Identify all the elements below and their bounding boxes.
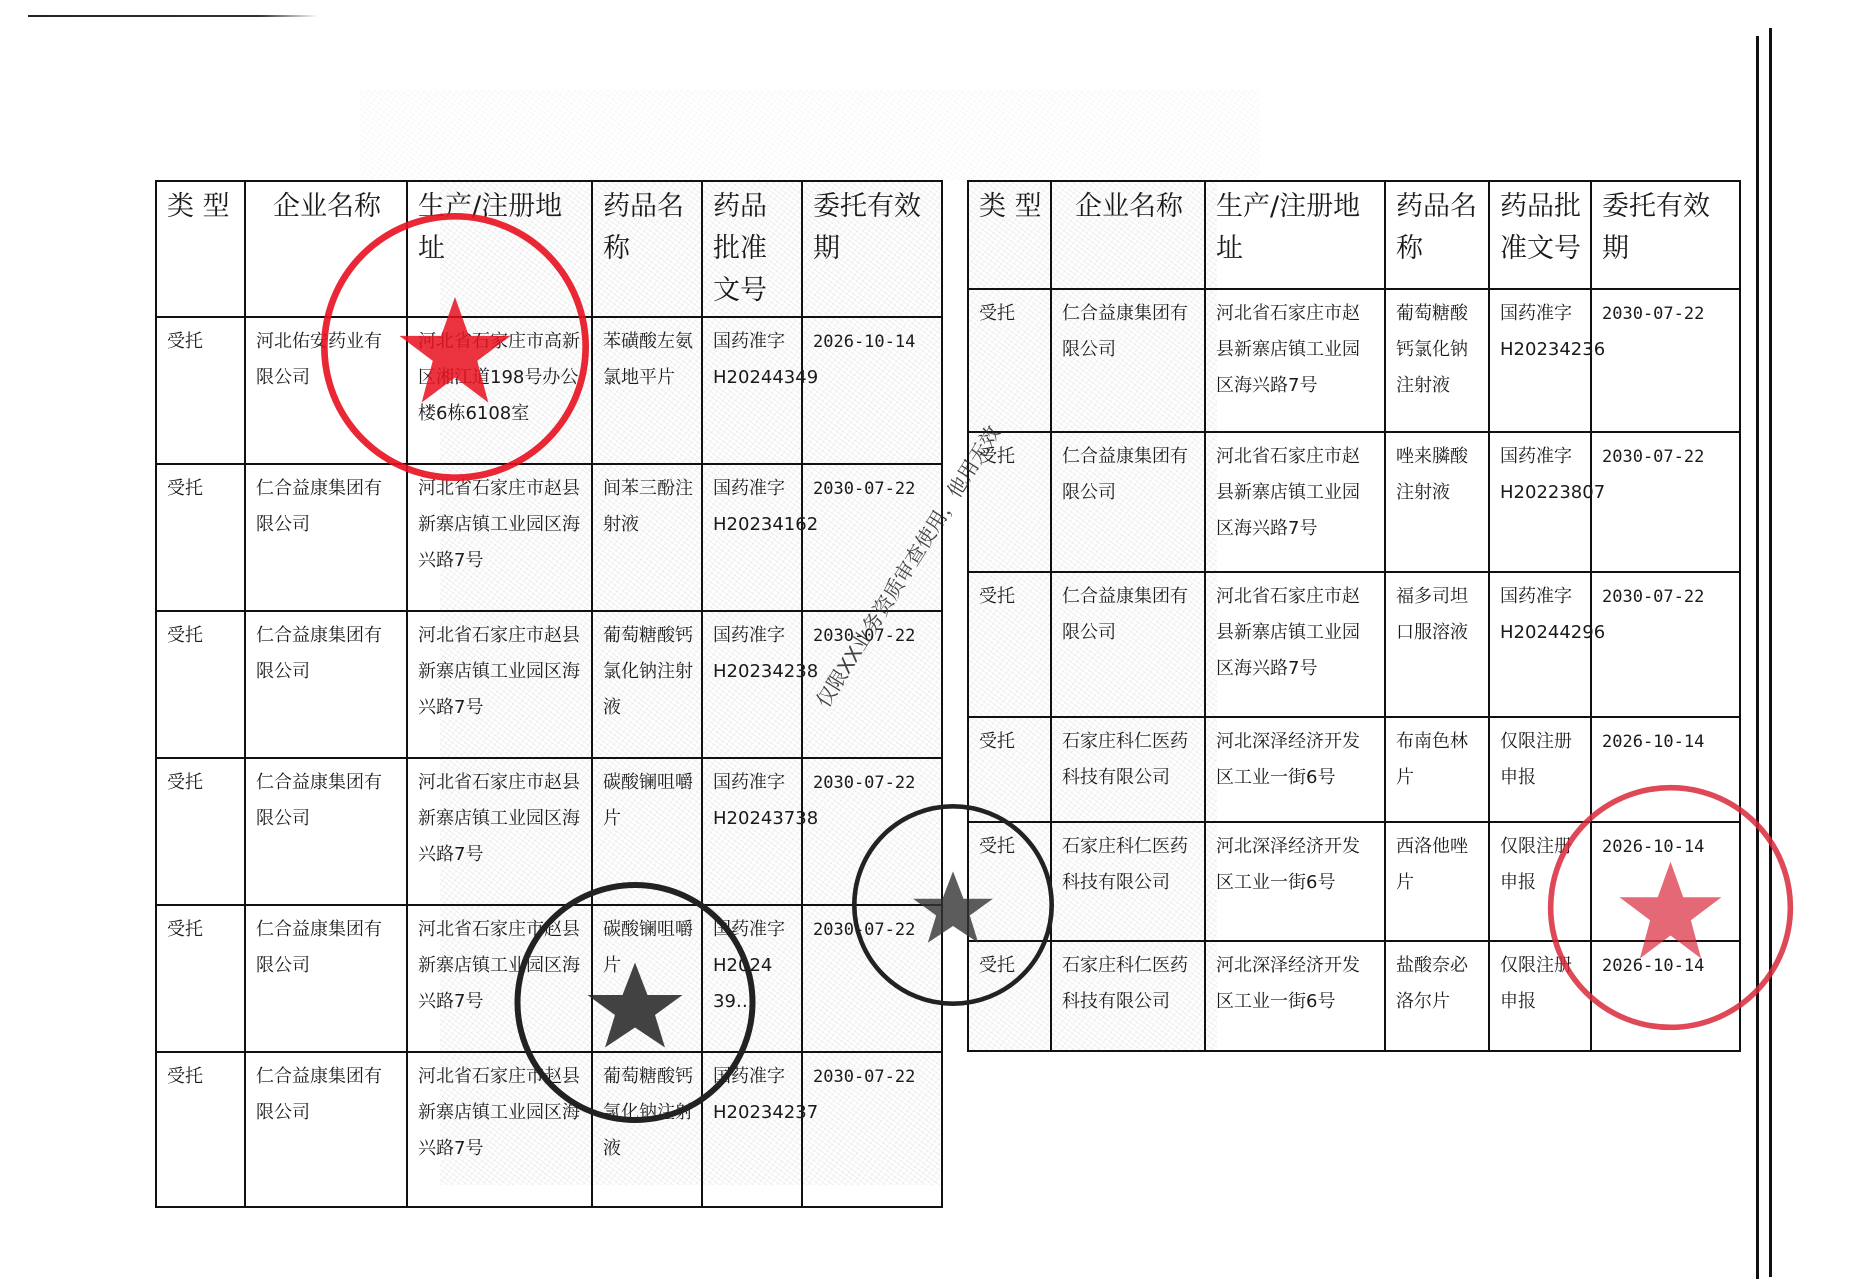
cell-address: 河北省石家庄市赵县新寨店镇工业园区海兴路7号 bbox=[1205, 432, 1385, 572]
table-row: 受托石家庄科仁医药科技有限公司河北深泽经济开发区工业一街6号西洛他唑片仅限注册申… bbox=[968, 822, 1740, 941]
cell-address: 河北省石家庄市赵县新寨店镇工业园区海兴路7号 bbox=[407, 1052, 592, 1207]
cell-valid-until: 2030-07-22 bbox=[802, 1052, 942, 1207]
cell-company: 仁合益康集团有限公司 bbox=[1051, 432, 1205, 572]
table-row: 受托仁合益康集团有限公司河北省石家庄市赵县新寨店镇工业园区海兴路7号福多司坦口服… bbox=[968, 572, 1740, 717]
header-drug: 药品名称 bbox=[592, 181, 702, 317]
cell-valid-until: 2026-10-14 bbox=[1591, 717, 1740, 822]
cell-address: 河北省石家庄市赵县新寨店镇工业园区海兴路7号 bbox=[1205, 289, 1385, 432]
cell-company: 仁合益康集团有限公司 bbox=[245, 905, 407, 1052]
right-commission-table: 类 型 企业名称 生产/注册地址 药品名称 药品批准文号 委托有效期 受托仁合益… bbox=[967, 180, 1741, 1052]
cell-approval-number: 仅限注册申报 bbox=[1489, 941, 1591, 1051]
cell-drug-name: 唑来膦酸注射液 bbox=[1385, 432, 1489, 572]
cell-valid-until: 2030-07-22 bbox=[802, 758, 942, 905]
header-valid: 委托有效期 bbox=[1591, 181, 1740, 289]
cell-type: 受托 bbox=[968, 941, 1051, 1051]
cell-valid-until: 2030-07-22 bbox=[1591, 572, 1740, 717]
table-row: 受托仁合益康集团有限公司河北省石家庄市赵县新寨店镇工业园区海兴路7号间苯三酚注射… bbox=[156, 464, 942, 611]
cell-valid-until: 2030-07-22 bbox=[1591, 289, 1740, 432]
header-address: 生产/注册地址 bbox=[1205, 181, 1385, 289]
cell-approval-number: 仅限注册申报 bbox=[1489, 822, 1591, 941]
header-approval: 药品批准文号 bbox=[1489, 181, 1591, 289]
cell-address: 河北省石家庄市高新区湘江道198号办公楼6栋6108室 bbox=[407, 317, 592, 464]
cell-company: 仁合益康集团有限公司 bbox=[245, 758, 407, 905]
cell-approval-number: 国药准字H20244349 bbox=[702, 317, 802, 464]
cell-drug-name: 葡萄糖酸钙氯化钠注射液 bbox=[1385, 289, 1489, 432]
cell-drug-name: 西洛他唑片 bbox=[1385, 822, 1489, 941]
cell-approval-number: 国药准字H20223807 bbox=[1489, 432, 1591, 572]
cell-drug-name: 福多司坦口服溶液 bbox=[1385, 572, 1489, 717]
table-header-row: 类 型 企业名称 生产/注册地址 药品名称 药品批准文号 委托有效期 bbox=[968, 181, 1740, 289]
cell-approval-number: 国药准字H20243738 bbox=[702, 758, 802, 905]
cell-address: 河北省石家庄市赵县新寨店镇工业园区海兴路7号 bbox=[407, 758, 592, 905]
header-company: 企业名称 bbox=[245, 181, 407, 317]
cell-valid-until: 2026-10-14 bbox=[802, 317, 942, 464]
cell-company: 河北佑安药业有限公司 bbox=[245, 317, 407, 464]
cell-type: 受托 bbox=[968, 717, 1051, 822]
cell-valid-until: 2030-07-22 bbox=[1591, 432, 1740, 572]
header-approval: 药品批准文号 bbox=[702, 181, 802, 317]
cell-address: 河北省石家庄市赵县新寨店镇工业园区海兴路7号 bbox=[407, 464, 592, 611]
table-row: 受托河北佑安药业有限公司河北省石家庄市高新区湘江道198号办公楼6栋6108室苯… bbox=[156, 317, 942, 464]
table-row: 受托仁合益康集团有限公司河北省石家庄市赵县新寨店镇工业园区海兴路7号葡萄糖酸钙氯… bbox=[968, 289, 1740, 432]
table-row: 受托石家庄科仁医药科技有限公司河北深泽经济开发区工业一街6号盐酸奈必洛尔片仅限注… bbox=[968, 941, 1740, 1051]
cell-approval-number: 国药准字H20234238 bbox=[702, 611, 802, 758]
cell-type: 受托 bbox=[156, 317, 245, 464]
cell-drug-name: 碳酸镧咀嚼片 bbox=[592, 905, 702, 1052]
cell-type: 受托 bbox=[156, 1052, 245, 1207]
cell-type: 受托 bbox=[968, 572, 1051, 717]
cell-approval-number: 国药准字H20244296 bbox=[1489, 572, 1591, 717]
cell-valid-until: 2030-07-22 bbox=[802, 905, 942, 1052]
cell-type: 受托 bbox=[968, 822, 1051, 941]
cell-type: 受托 bbox=[156, 464, 245, 611]
page-edge-line-2 bbox=[1769, 28, 1772, 1277]
header-drug: 药品名称 bbox=[1385, 181, 1489, 289]
cell-type: 受托 bbox=[156, 758, 245, 905]
cell-approval-number: 国药准字H2024 39… bbox=[702, 905, 802, 1052]
cell-drug-name: 葡萄糖酸钙氯化钠注射液 bbox=[592, 1052, 702, 1207]
header-type: 类 型 bbox=[968, 181, 1051, 289]
cell-valid-until: 2026-10-14 bbox=[1591, 941, 1740, 1051]
cell-drug-name: 盐酸奈必洛尔片 bbox=[1385, 941, 1489, 1051]
cell-type: 受托 bbox=[156, 905, 245, 1052]
cell-drug-name: 布南色林片 bbox=[1385, 717, 1489, 822]
cell-valid-until: 2026-10-14 bbox=[1591, 822, 1740, 941]
cell-drug-name: 间苯三酚注射液 bbox=[592, 464, 702, 611]
cell-address: 河北深泽经济开发区工业一街6号 bbox=[1205, 941, 1385, 1051]
table-row: 受托仁合益康集团有限公司河北省石家庄市赵县新寨店镇工业园区海兴路7号葡萄糖酸钙氯… bbox=[156, 1052, 942, 1207]
scan-edge-line bbox=[28, 15, 318, 17]
header-company: 企业名称 bbox=[1051, 181, 1205, 289]
cell-address: 河北深泽经济开发区工业一街6号 bbox=[1205, 717, 1385, 822]
cell-approval-number: 仅限注册申报 bbox=[1489, 717, 1591, 822]
cell-drug-name: 苯磺酸左氨氯地平片 bbox=[592, 317, 702, 464]
cell-company: 仁合益康集团有限公司 bbox=[1051, 289, 1205, 432]
cell-address: 河北省石家庄市赵县新寨店镇工业园区海兴路7号 bbox=[407, 905, 592, 1052]
header-valid: 委托有效期 bbox=[802, 181, 942, 317]
cell-approval-number: 国药准字H20234162 bbox=[702, 464, 802, 611]
cell-type: 受托 bbox=[968, 289, 1051, 432]
header-address: 生产/注册地址 bbox=[407, 181, 592, 317]
cell-drug-name: 碳酸镧咀嚼片 bbox=[592, 758, 702, 905]
header-type: 类 型 bbox=[156, 181, 245, 317]
scan-noise bbox=[360, 90, 1260, 180]
cell-company: 仁合益康集团有限公司 bbox=[245, 464, 407, 611]
cell-address: 河北省石家庄市赵县新寨店镇工业园区海兴路7号 bbox=[1205, 572, 1385, 717]
table-row: 受托仁合益康集团有限公司河北省石家庄市赵县新寨店镇工业园区海兴路7号唑来膦酸注射… bbox=[968, 432, 1740, 572]
table-row: 受托石家庄科仁医药科技有限公司河北深泽经济开发区工业一街6号布南色林片仅限注册申… bbox=[968, 717, 1740, 822]
table-row: 受托仁合益康集团有限公司河北省石家庄市赵县新寨店镇工业园区海兴路7号碳酸镧咀嚼片… bbox=[156, 758, 942, 905]
cell-type: 受托 bbox=[156, 611, 245, 758]
cell-company: 仁合益康集团有限公司 bbox=[245, 611, 407, 758]
cell-drug-name: 葡萄糖酸钙氯化钠注射液 bbox=[592, 611, 702, 758]
cell-company: 石家庄科仁医药科技有限公司 bbox=[1051, 822, 1205, 941]
cell-address: 河北深泽经济开发区工业一街6号 bbox=[1205, 822, 1385, 941]
cell-approval-number: 国药准字H20234236 bbox=[1489, 289, 1591, 432]
cell-company: 仁合益康集团有限公司 bbox=[245, 1052, 407, 1207]
cell-company: 石家庄科仁医药科技有限公司 bbox=[1051, 717, 1205, 822]
cell-address: 河北省石家庄市赵县新寨店镇工业园区海兴路7号 bbox=[407, 611, 592, 758]
table-header-row: 类 型 企业名称 生产/注册地址 药品名称 药品批准文号 委托有效期 bbox=[156, 181, 942, 317]
table-row: 受托仁合益康集团有限公司河北省石家庄市赵县新寨店镇工业园区海兴路7号碳酸镧咀嚼片… bbox=[156, 905, 942, 1052]
cell-company: 仁合益康集团有限公司 bbox=[1051, 572, 1205, 717]
page-edge-line-1 bbox=[1756, 36, 1759, 1279]
cell-approval-number: 国药准字H20234237 bbox=[702, 1052, 802, 1207]
cell-company: 石家庄科仁医药科技有限公司 bbox=[1051, 941, 1205, 1051]
